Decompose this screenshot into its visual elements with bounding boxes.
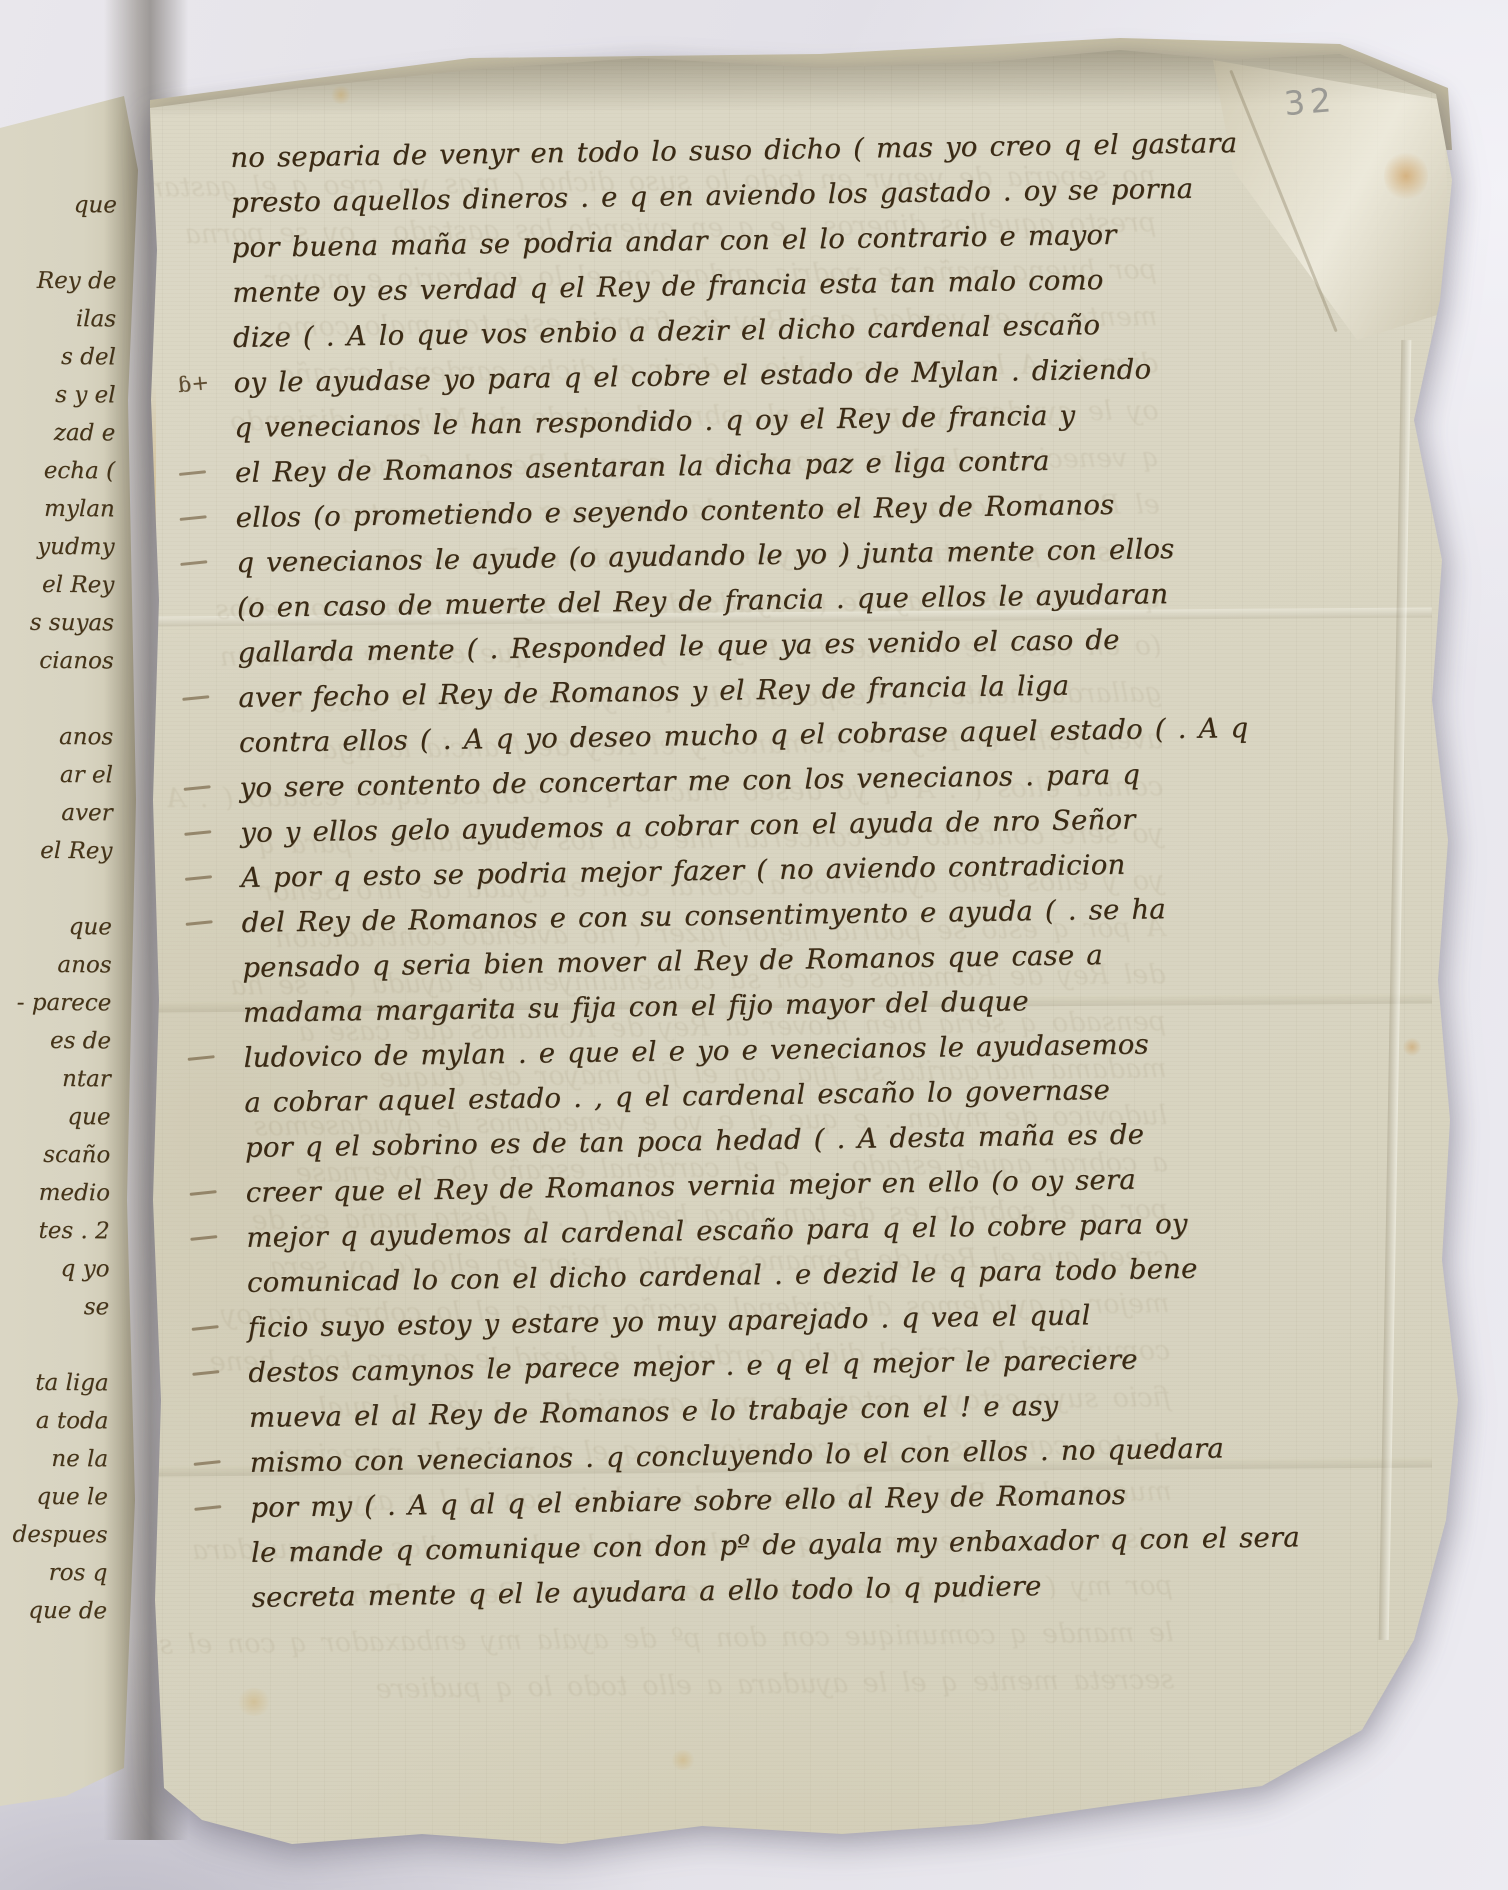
foxing-stain xyxy=(118,462,152,492)
pencil-folio-number: 32 xyxy=(1282,80,1337,123)
vertical-fold-crease xyxy=(1379,340,1412,1640)
foxing-stain xyxy=(106,596,132,620)
main-folio-wrapper: no separia de venyr en todo lo suso dich… xyxy=(0,0,1508,1890)
foxing-stain xyxy=(84,1634,108,1656)
foxing-stain xyxy=(1402,1038,1422,1056)
photograph-of-manuscript: queRey deilass dels y elzad eecha (mylan… xyxy=(0,0,1508,1890)
manuscript-text-block: no separia de venyr en todo lo suso dich… xyxy=(230,122,1212,1621)
main-folio-recto: no separia de venyr en todo lo suso dich… xyxy=(0,0,1508,1890)
fold-line-stain xyxy=(140,380,156,710)
foxing-stain xyxy=(670,1750,696,1770)
foxing-stain xyxy=(92,1292,120,1318)
